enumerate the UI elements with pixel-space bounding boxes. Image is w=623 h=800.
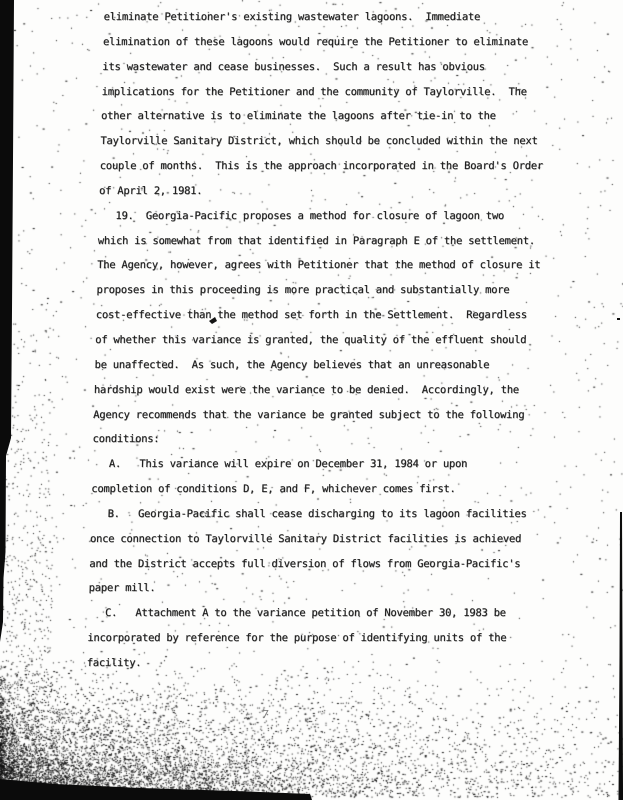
scan-edge-right: [619, 512, 623, 800]
scanned-document-page: { "page": { "number": "7", "ink_color": …: [0, 0, 623, 800]
scan-edge-left: [0, 0, 14, 642]
ink-blot: [209, 317, 217, 324]
scan-bottom-band: [0, 779, 312, 800]
scan-right-dash: [617, 318, 620, 320]
scan-edge-artifacts: [0, 0, 623, 800]
